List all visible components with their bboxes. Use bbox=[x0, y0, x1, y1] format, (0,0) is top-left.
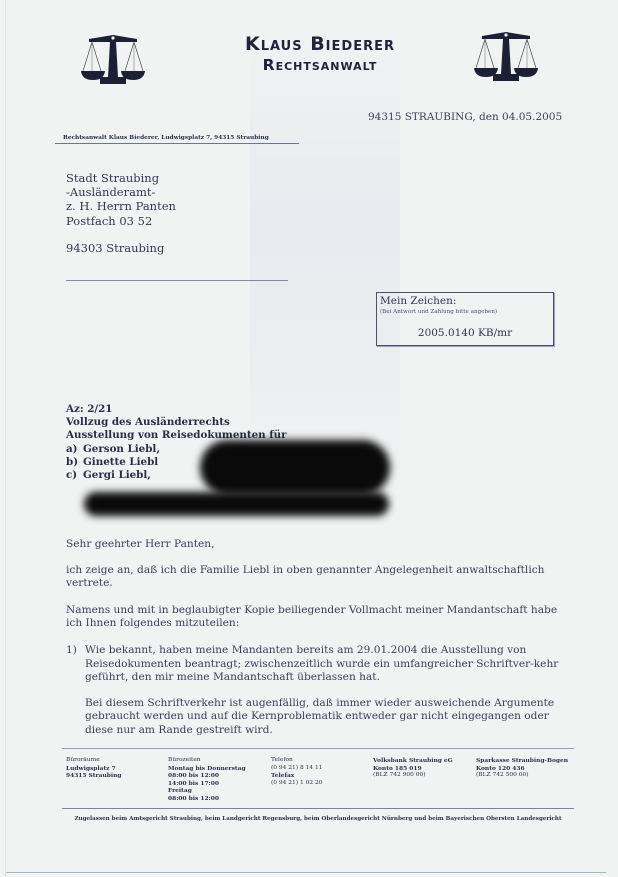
phone-number: (0 94 21) 8 14 11 bbox=[271, 765, 322, 773]
footer-line: 08:00 bis 12:00 bbox=[168, 795, 246, 803]
item-marker: b) bbox=[66, 456, 83, 469]
reference-box: Mein Zeichen: (Bei Antwort und Zahlung b… bbox=[376, 292, 554, 346]
item-name: Gergi Liebl, bbox=[83, 469, 151, 482]
item-name: Ginette Liebl bbox=[83, 456, 158, 469]
address-window-rule bbox=[66, 280, 288, 281]
footer-heading: Telefon bbox=[271, 757, 322, 765]
item-marker: c) bbox=[66, 469, 83, 482]
footer-heading: Telefax bbox=[271, 772, 322, 780]
footer-phone: Telefon (0 94 21) 8 14 11 Telefax (0 94 … bbox=[271, 757, 322, 787]
footer-hours: Bürozeiten Montag bis Donnerstag 08:00 b… bbox=[168, 757, 246, 803]
recipient-address: Stadt Straubing -Ausländeramt- z. H. Her… bbox=[66, 171, 176, 255]
footer-heading: Volksbank Straubing eG bbox=[373, 757, 453, 765]
page-bottom-edge bbox=[6, 872, 606, 873]
recipient-city: 94303 Straubing bbox=[66, 241, 176, 255]
recipient-line: -Ausländeramt- bbox=[66, 185, 176, 199]
place-date: 94315 STRAUBING, den 04.05.2005 bbox=[368, 111, 562, 123]
point-text: Wie bekannt, haben meine Mandanten berei… bbox=[85, 644, 565, 685]
redaction-blur bbox=[200, 440, 390, 495]
firm-name: Klaus Biederer bbox=[160, 33, 480, 55]
case-number: Az: 2/21 bbox=[66, 403, 287, 416]
footer-heading: Büroräume bbox=[66, 757, 121, 765]
point-number: 1) bbox=[66, 644, 85, 738]
footer-bank-volksbank: Volksbank Straubing eG Konto 185 019 (BL… bbox=[373, 757, 453, 780]
footer-line: (BLZ 742 500 00) bbox=[476, 772, 568, 780]
firm-title: Rechtsanwalt bbox=[160, 56, 480, 74]
page-edge bbox=[5, 0, 6, 877]
footer-heading: Sparkasse Straubing-Bogen bbox=[476, 757, 568, 765]
body-paragraph: ich zeige an, daß ich die Familie Liebl … bbox=[66, 564, 576, 591]
footer-line: Ludwigsplatz 7 bbox=[66, 765, 121, 773]
reference-value: 2005.0140 KB/mr bbox=[377, 327, 553, 339]
recipient-line: z. H. Herrn Panten bbox=[66, 199, 176, 213]
footer-line: Freitag bbox=[168, 787, 246, 795]
point-followup: Bei diesem Schriftverkehr ist augenfälli… bbox=[85, 697, 565, 738]
salutation: Sehr geehrter Herr Panten, bbox=[66, 538, 214, 551]
scales-of-justice-icon bbox=[80, 33, 146, 89]
sender-return-address: Rechtsanwalt Klaus Biederer, Ludwigsplat… bbox=[55, 135, 299, 144]
scales-of-justice-icon bbox=[473, 30, 539, 86]
footer-office: Büroräume Ludwigsplatz 7 94315 Straubing bbox=[66, 757, 121, 780]
footer-divider bbox=[62, 748, 574, 749]
footer-line: 08:00 bis 12:00 bbox=[168, 772, 246, 780]
item-name: Gerson Liebl, bbox=[83, 443, 160, 456]
footer-heading: Bürozeiten bbox=[168, 757, 246, 765]
body-paragraph: Namens und mit in beglaubigter Kopie bei… bbox=[66, 604, 576, 631]
numbered-point: 1) Wie bekannt, haben meine Mandanten be… bbox=[66, 644, 586, 738]
footer-bank-sparkasse: Sparkasse Straubing-Bogen Konto 120 436 … bbox=[476, 757, 568, 780]
footer-line: 14:00 bis 17:00 bbox=[168, 780, 246, 788]
court-admission: Zugelassen beim Amtsgericht Straubing, b… bbox=[62, 816, 574, 822]
subject-line: Vollzug des Ausländerrechts bbox=[66, 416, 287, 429]
fax-number: (0 94 21) 1 02 20 bbox=[271, 780, 322, 788]
item-marker: a) bbox=[66, 443, 83, 456]
footer-line: (BLZ 742 900 00) bbox=[373, 772, 453, 780]
redaction-blur bbox=[84, 492, 389, 516]
footer-line: 94315 Straubing bbox=[66, 772, 121, 780]
recipient-line: Stadt Straubing bbox=[66, 171, 176, 185]
footer-divider bbox=[62, 808, 574, 809]
footer-line: Montag bis Donnerstag bbox=[168, 765, 246, 773]
reference-label: Mein Zeichen: bbox=[380, 295, 456, 307]
reference-hint: (Bei Antwort und Zahlung bitte angeben) bbox=[380, 309, 497, 315]
recipient-line: Postfach 03 52 bbox=[66, 214, 176, 228]
